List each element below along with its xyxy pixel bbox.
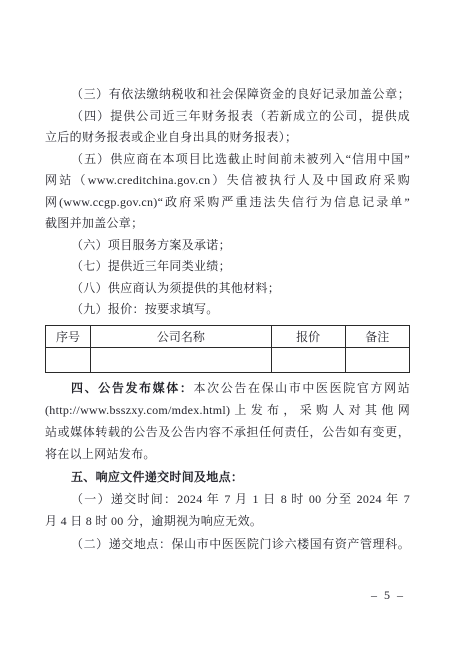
body-text: （六）项目服务方案及承诺； (71, 238, 231, 252)
table-header-cell: 序号 (46, 325, 91, 347)
body-text: （一）递交时间：2024 年 7 月 1 日 8 时 00 分至 2024 年 … (71, 492, 410, 506)
text-line: （八）供应商认为须提供的其他材料； (45, 278, 410, 300)
body-text: 网(www.ccgp.gov.cn)“政府采购严重违法失信行为信息记录单” (45, 195, 410, 209)
text-line: 月 4 日 8 时 00 分，逾期视为响应无效。 (45, 510, 410, 532)
table-row (46, 347, 410, 372)
text-line: （九）报价：按要求填写。 (45, 299, 410, 321)
table-header-cell: 备注 (345, 325, 409, 347)
text-line: 截图并加盖公章； (45, 213, 410, 235)
text-line: （五）供应商在本项目比选截止时间前未被列入“信用中国” (45, 149, 410, 171)
body-text: （三）有依法缴纳税收和社会保障资金的良好记录加盖公章； (71, 87, 410, 101)
body-text: （二）递交地点：保山市中医医院门诊六楼国有资产管理科。 (71, 537, 410, 551)
body-text: 立后的财务报表或企业自身出具的财务报表）； (45, 130, 297, 144)
body-text: (http://www.bsszxy.com/mdex.html)上发布，采购人… (45, 403, 410, 417)
text-line: 网站（www.creditchina.gov.cn）失信被执行人及中国政府采购 (45, 170, 410, 192)
section-announcement-and-submission: 四、公告发布媒体：本次公告在保山市中医医院官方网站(http://www.bss… (45, 377, 410, 555)
body-text: 站或媒体转载的公告及公告内容不承担任何责任，公告如有变更， (45, 425, 410, 439)
table-header-cell: 报价 (271, 325, 345, 347)
table-cell (91, 347, 272, 372)
body-text: （五）供应商在本项目比选截止时间前未被列入“信用中国” (71, 152, 410, 166)
text-line: （七）提供近三年同类业绩； (45, 256, 410, 278)
body-text: 月 4 日 8 时 00 分，逾期视为响应无效。 (45, 514, 262, 528)
section-heading-text: 五、响应文件递交时间及地点： (71, 470, 243, 484)
body-text: 将在以上网站发布。 (45, 447, 156, 461)
quote-table: 序号公司名称报价备注 (45, 325, 410, 373)
body-text: 本次公告在保山市中医医院官方网站 (194, 381, 410, 395)
page-number: – 5 – (371, 588, 405, 603)
table-header-row: 序号公司名称报价备注 (46, 325, 410, 347)
body-text: 截图并加盖公章； (45, 216, 143, 230)
text-line: (http://www.bsszxy.com/mdex.html)上发布，采购人… (45, 399, 410, 421)
table-cell (46, 347, 91, 372)
body-text: （七）提供近三年同类业绩； (71, 259, 231, 273)
document-page: （三）有依法缴纳税收和社会保障资金的良好记录加盖公章；（四）提供公司近三年财务报… (0, 0, 457, 648)
text-line: 站或媒体转载的公告及公告内容不承担任何责任，公告如有变更， (45, 421, 410, 443)
body-text: （九）报价：按要求填写。 (71, 302, 219, 316)
document-body: （三）有依法缴纳税收和社会保障资金的良好记录加盖公章；（四）提供公司近三年财务报… (45, 84, 410, 555)
table-cell (345, 347, 409, 372)
table-header-cell: 公司名称 (91, 325, 272, 347)
text-line: 五、响应文件递交时间及地点： (45, 466, 410, 488)
text-line: 网(www.ccgp.gov.cn)“政府采购严重违法失信行为信息记录单” (45, 192, 410, 214)
text-line: （四）提供公司近三年财务报表（若新成立的公司，提供成 (45, 106, 410, 128)
section-qualification-items: （三）有依法缴纳税收和社会保障资金的良好记录加盖公章；（四）提供公司近三年财务报… (45, 84, 410, 321)
text-line: 四、公告发布媒体：本次公告在保山市中医医院官方网站 (45, 377, 410, 399)
body-text: 网站（www.creditchina.gov.cn）失信被执行人及中国政府采购 (45, 173, 410, 187)
text-line: 将在以上网站发布。 (45, 443, 410, 465)
text-line: （一）递交时间：2024 年 7 月 1 日 8 时 00 分至 2024 年 … (45, 488, 410, 510)
section-heading-text: 四、公告发布媒体： (71, 381, 194, 395)
body-text: （四）提供公司近三年财务报表（若新成立的公司，提供成 (71, 109, 410, 123)
body-text: （八）供应商认为须提供的其他材料； (71, 281, 280, 295)
text-line: （三）有依法缴纳税收和社会保障资金的良好记录加盖公章； (45, 84, 410, 106)
table-cell (271, 347, 345, 372)
text-line: 立后的财务报表或企业自身出具的财务报表）； (45, 127, 410, 149)
text-line: （六）项目服务方案及承诺； (45, 235, 410, 257)
table-body (46, 347, 410, 372)
text-line: （二）递交地点：保山市中医医院门诊六楼国有资产管理科。 (45, 533, 410, 555)
